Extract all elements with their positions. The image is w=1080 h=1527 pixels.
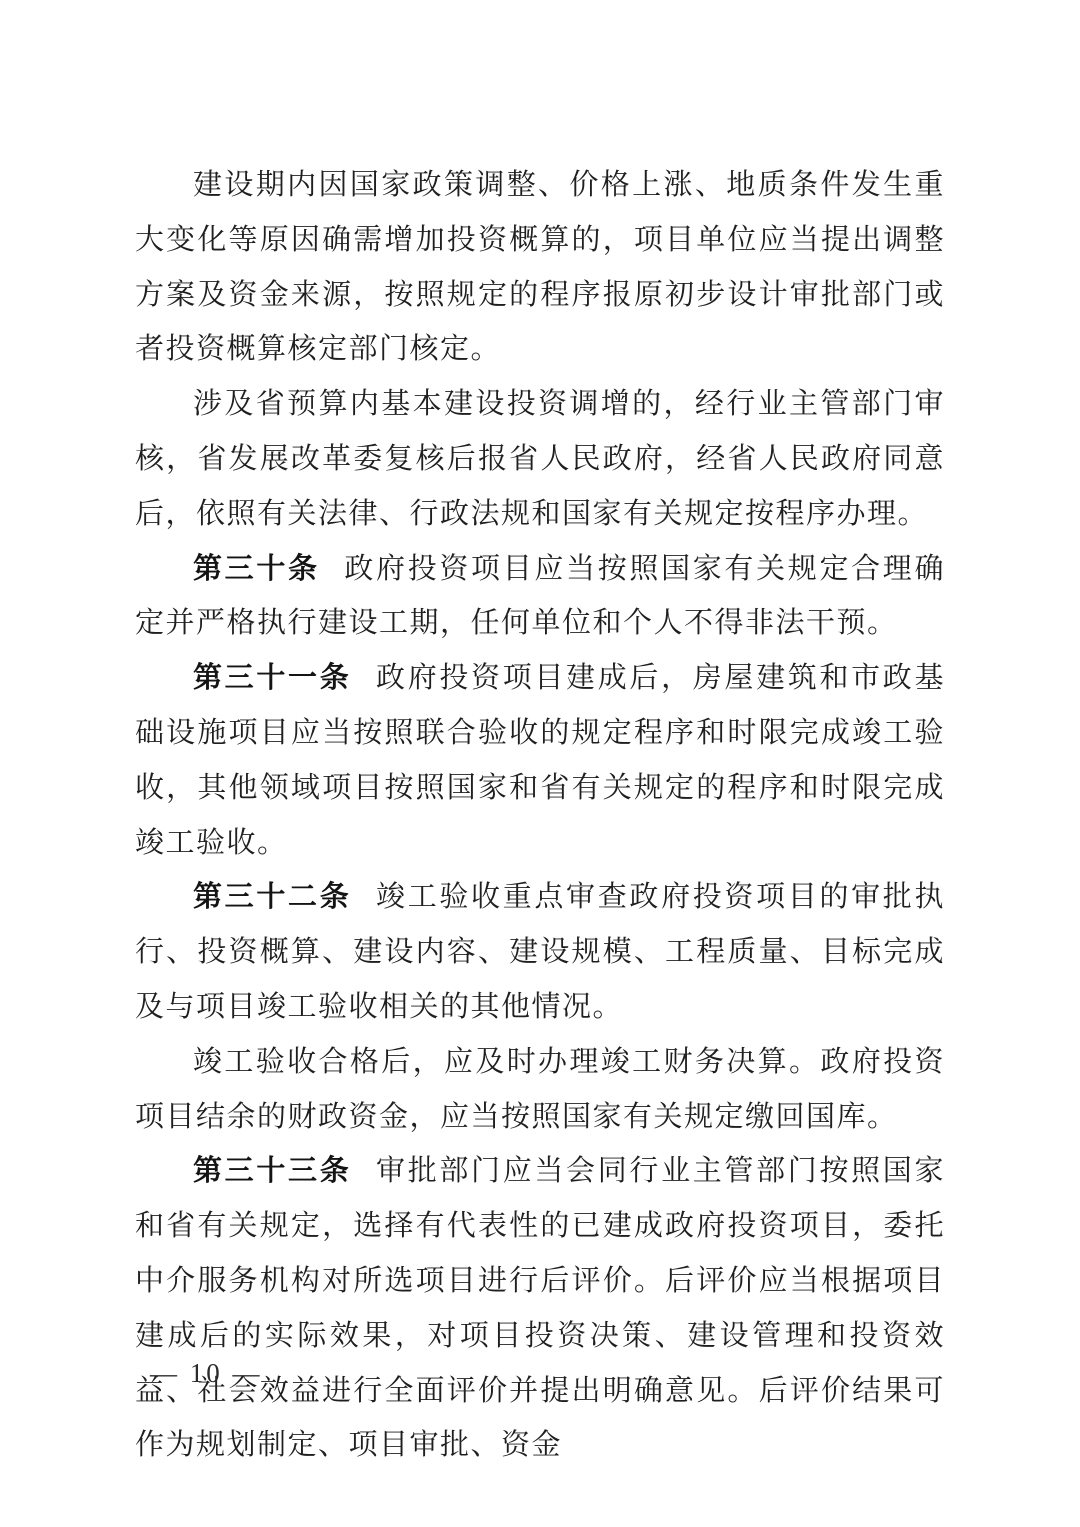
article-number: 第三十条 — [193, 553, 320, 585]
article-number: 第三十一条 — [193, 662, 351, 694]
paragraph-article-33: 第三十三条审批部门应当会同行业主管部门按照国家和省有关规定，选择有代表性的已建成… — [135, 1144, 945, 1473]
paragraph-article-32: 第三十二条竣工验收重点审查政府投资项目的审批执行、投资概算、建设内容、建设规模、… — [135, 870, 945, 1034]
paragraph: 涉及省预算内基本建设投资调增的，经行业主管部门审核，省发展改革委复核后报省人民政… — [135, 377, 945, 541]
paragraph: 竣工验收合格后，应及时办理竣工财务决算。政府投资项目结余的财政资金，应当按照国家… — [135, 1035, 945, 1145]
paragraph-text: 竣工验收合格后，应及时办理竣工财务决算。政府投资项目结余的财政资金，应当按照国家… — [135, 1046, 945, 1133]
paragraph-article-30: 第三十条政府投资项目应当按照国家有关规定合理确定并严格执行建设工期，任何单位和个… — [135, 542, 945, 652]
document-page: 建设期内因国家政策调整、价格上涨、地质条件发生重大变化等原因确需增加投资概算的，… — [0, 0, 1080, 1527]
article-number: 第三十三条 — [193, 1155, 351, 1187]
paragraph-text: 建设期内因国家政策调整、价格上涨、地质条件发生重大变化等原因确需增加投资概算的，… — [135, 169, 945, 365]
article-number: 第三十二条 — [193, 881, 351, 913]
paragraph: 建设期内因国家政策调整、价格上涨、地质条件发生重大变化等原因确需增加投资概算的，… — [135, 158, 945, 377]
paragraph-text: 涉及省预算内基本建设投资调增的，经行业主管部门审核，省发展改革委复核后报省人民政… — [135, 388, 945, 530]
page-number: — 10 — — [150, 1355, 263, 1391]
document-body: 建设期内因国家政策调整、价格上涨、地质条件发生重大变化等原因确需增加投资概算的，… — [135, 158, 945, 1473]
paragraph-text: 审批部门应当会同行业主管部门按照国家和省有关规定，选择有代表性的已建成政府投资项… — [135, 1155, 945, 1461]
paragraph-article-31: 第三十一条政府投资项目建成后，房屋建筑和市政基础设施项目应当按照联合验收的规定程… — [135, 651, 945, 870]
